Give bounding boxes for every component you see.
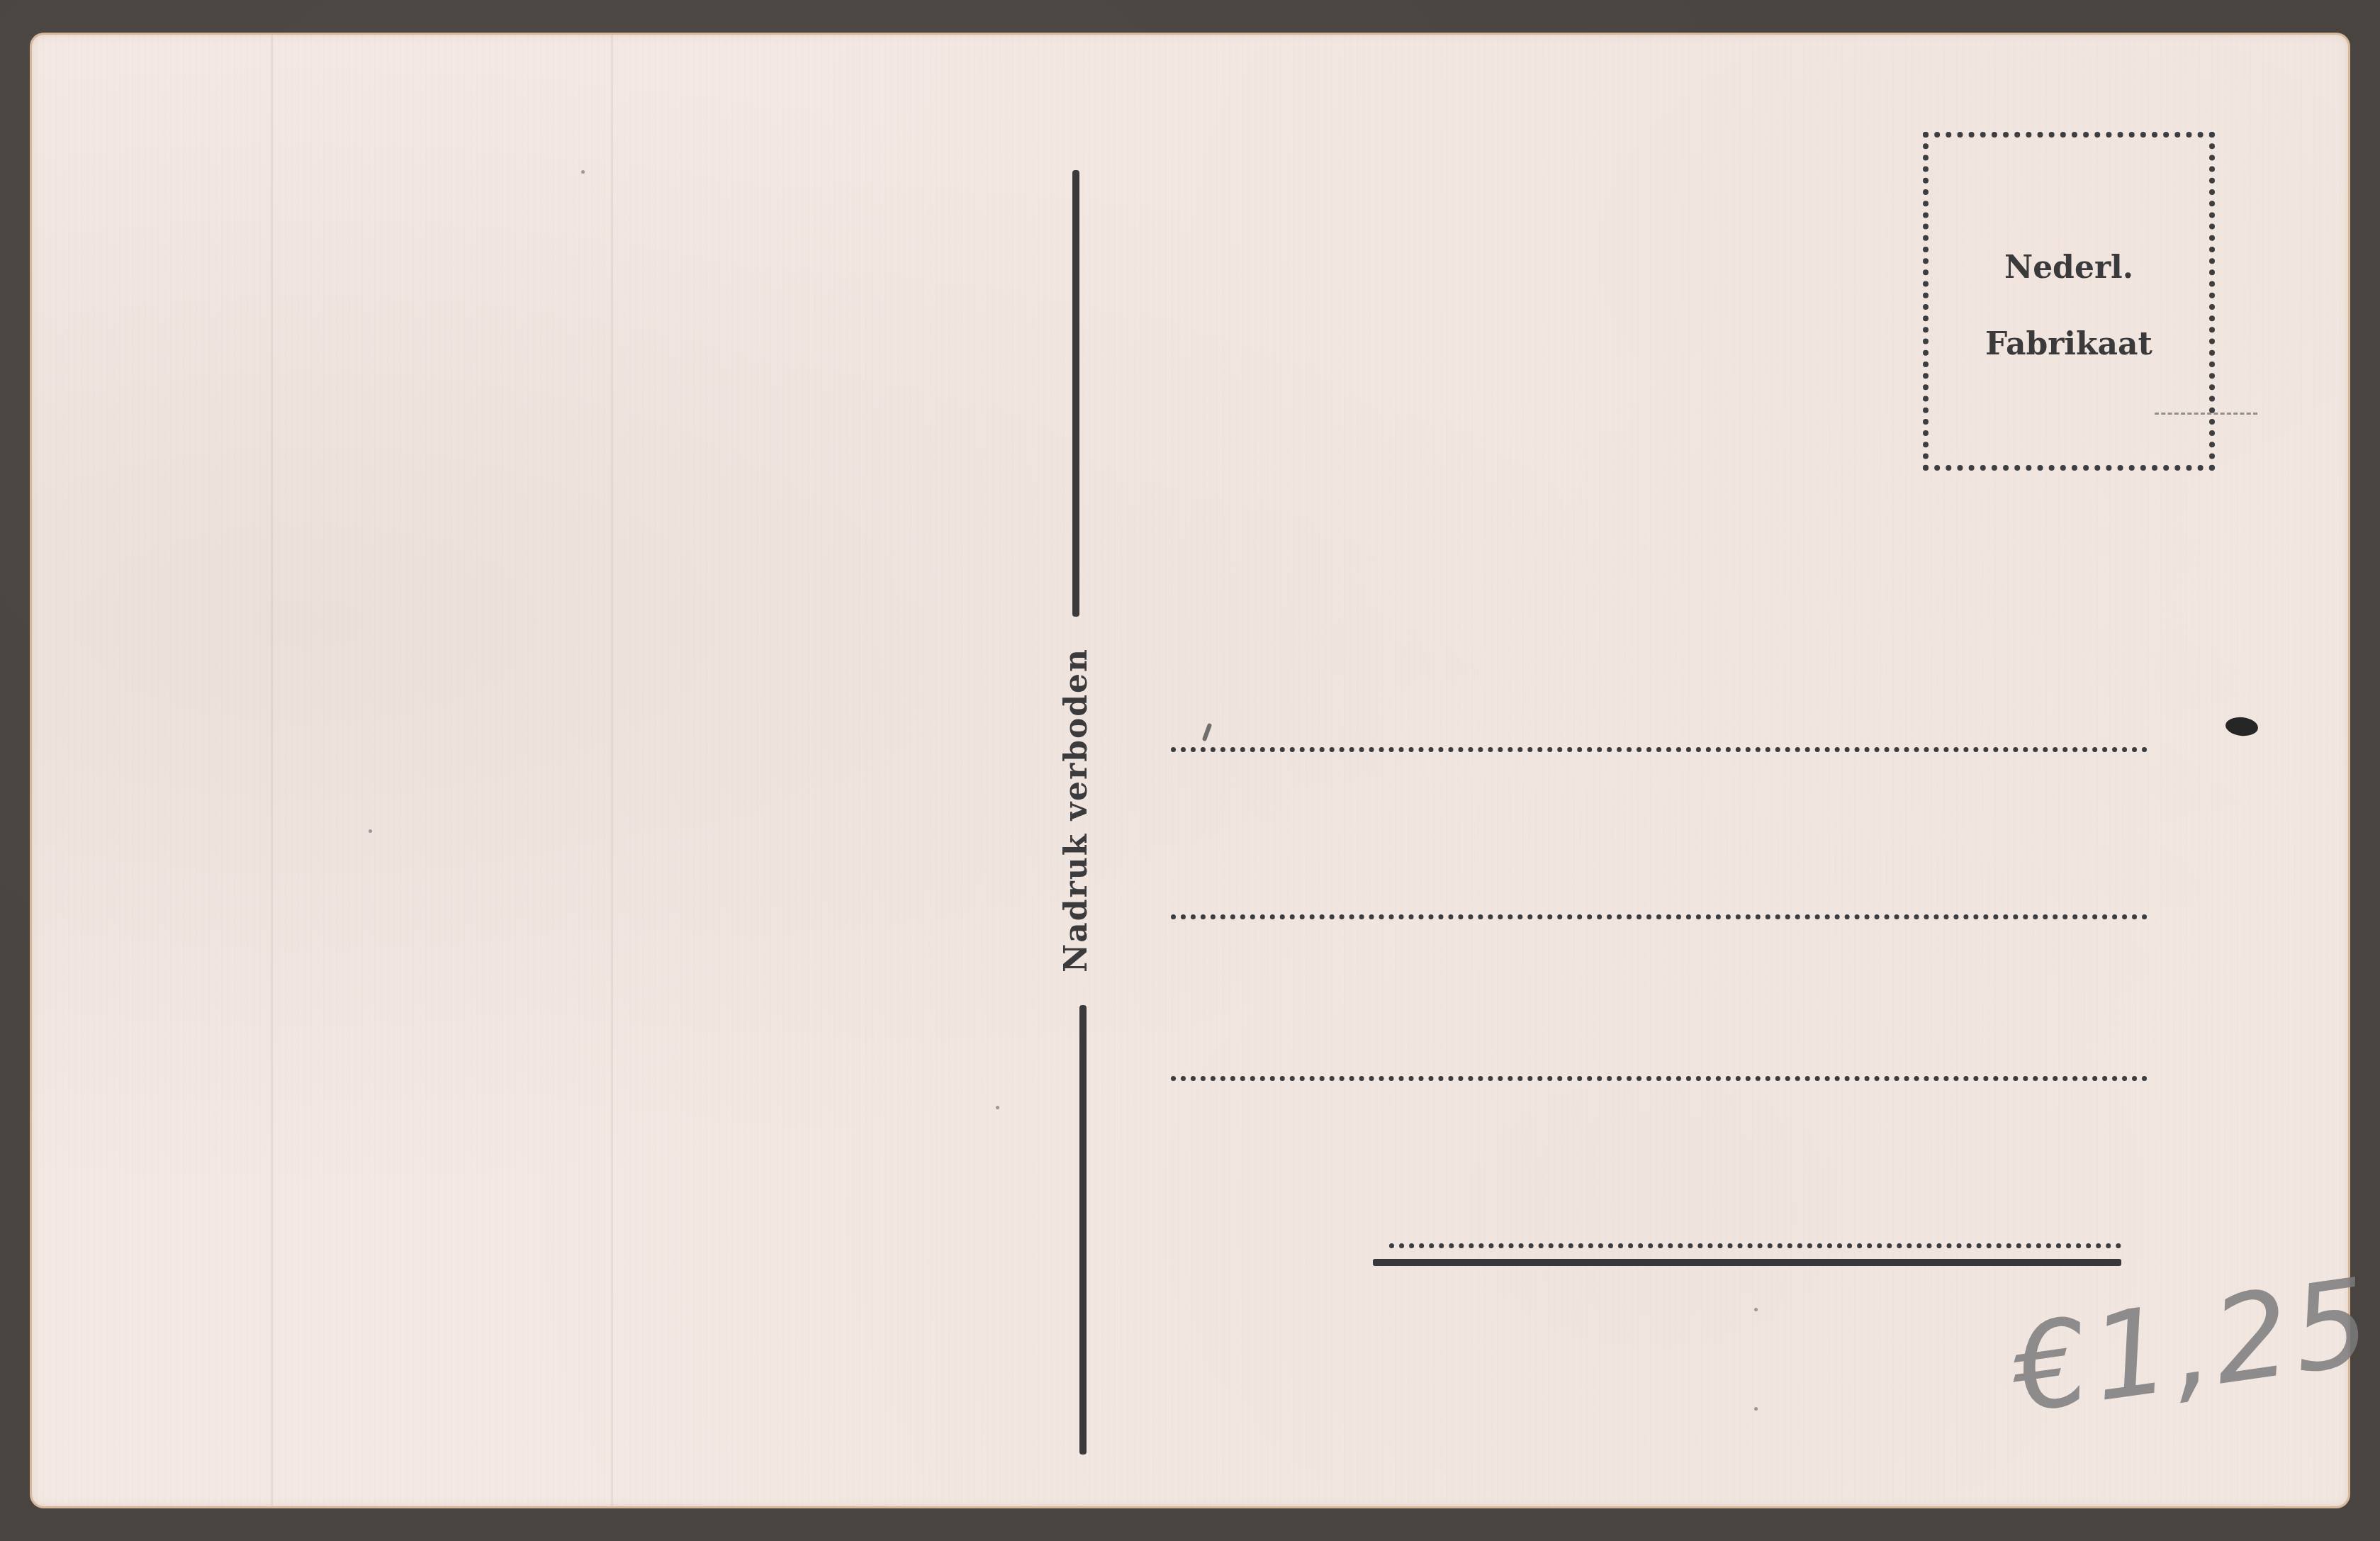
address-line-2 bbox=[1171, 914, 2148, 919]
paper-crease bbox=[611, 33, 613, 1508]
paper-speck bbox=[1754, 1407, 1758, 1411]
stamp-box-line-1: Nederl. bbox=[1929, 250, 2209, 286]
address-line-1 bbox=[1171, 747, 2148, 752]
address-line-4-dotted bbox=[1389, 1243, 2121, 1248]
address-line-3 bbox=[1171, 1076, 2148, 1081]
paper-speck bbox=[996, 1106, 999, 1109]
stamp-box-line-2: Fabrikaat bbox=[1929, 326, 2209, 362]
address-line-4-solid bbox=[1373, 1259, 2121, 1266]
center-divider-bottom bbox=[1079, 1005, 1087, 1455]
copyright-notice: Nadruk verboden bbox=[1058, 648, 1094, 973]
stamp-box: Nederl. Fabrikaat bbox=[1923, 132, 2215, 471]
center-divider-top bbox=[1072, 170, 1079, 617]
paper-speck bbox=[581, 170, 585, 174]
paper-crease bbox=[271, 33, 273, 1508]
paper-speck bbox=[1754, 1308, 1758, 1311]
paper-speck bbox=[369, 829, 372, 833]
pencil-dash-mark bbox=[2155, 413, 2257, 415]
